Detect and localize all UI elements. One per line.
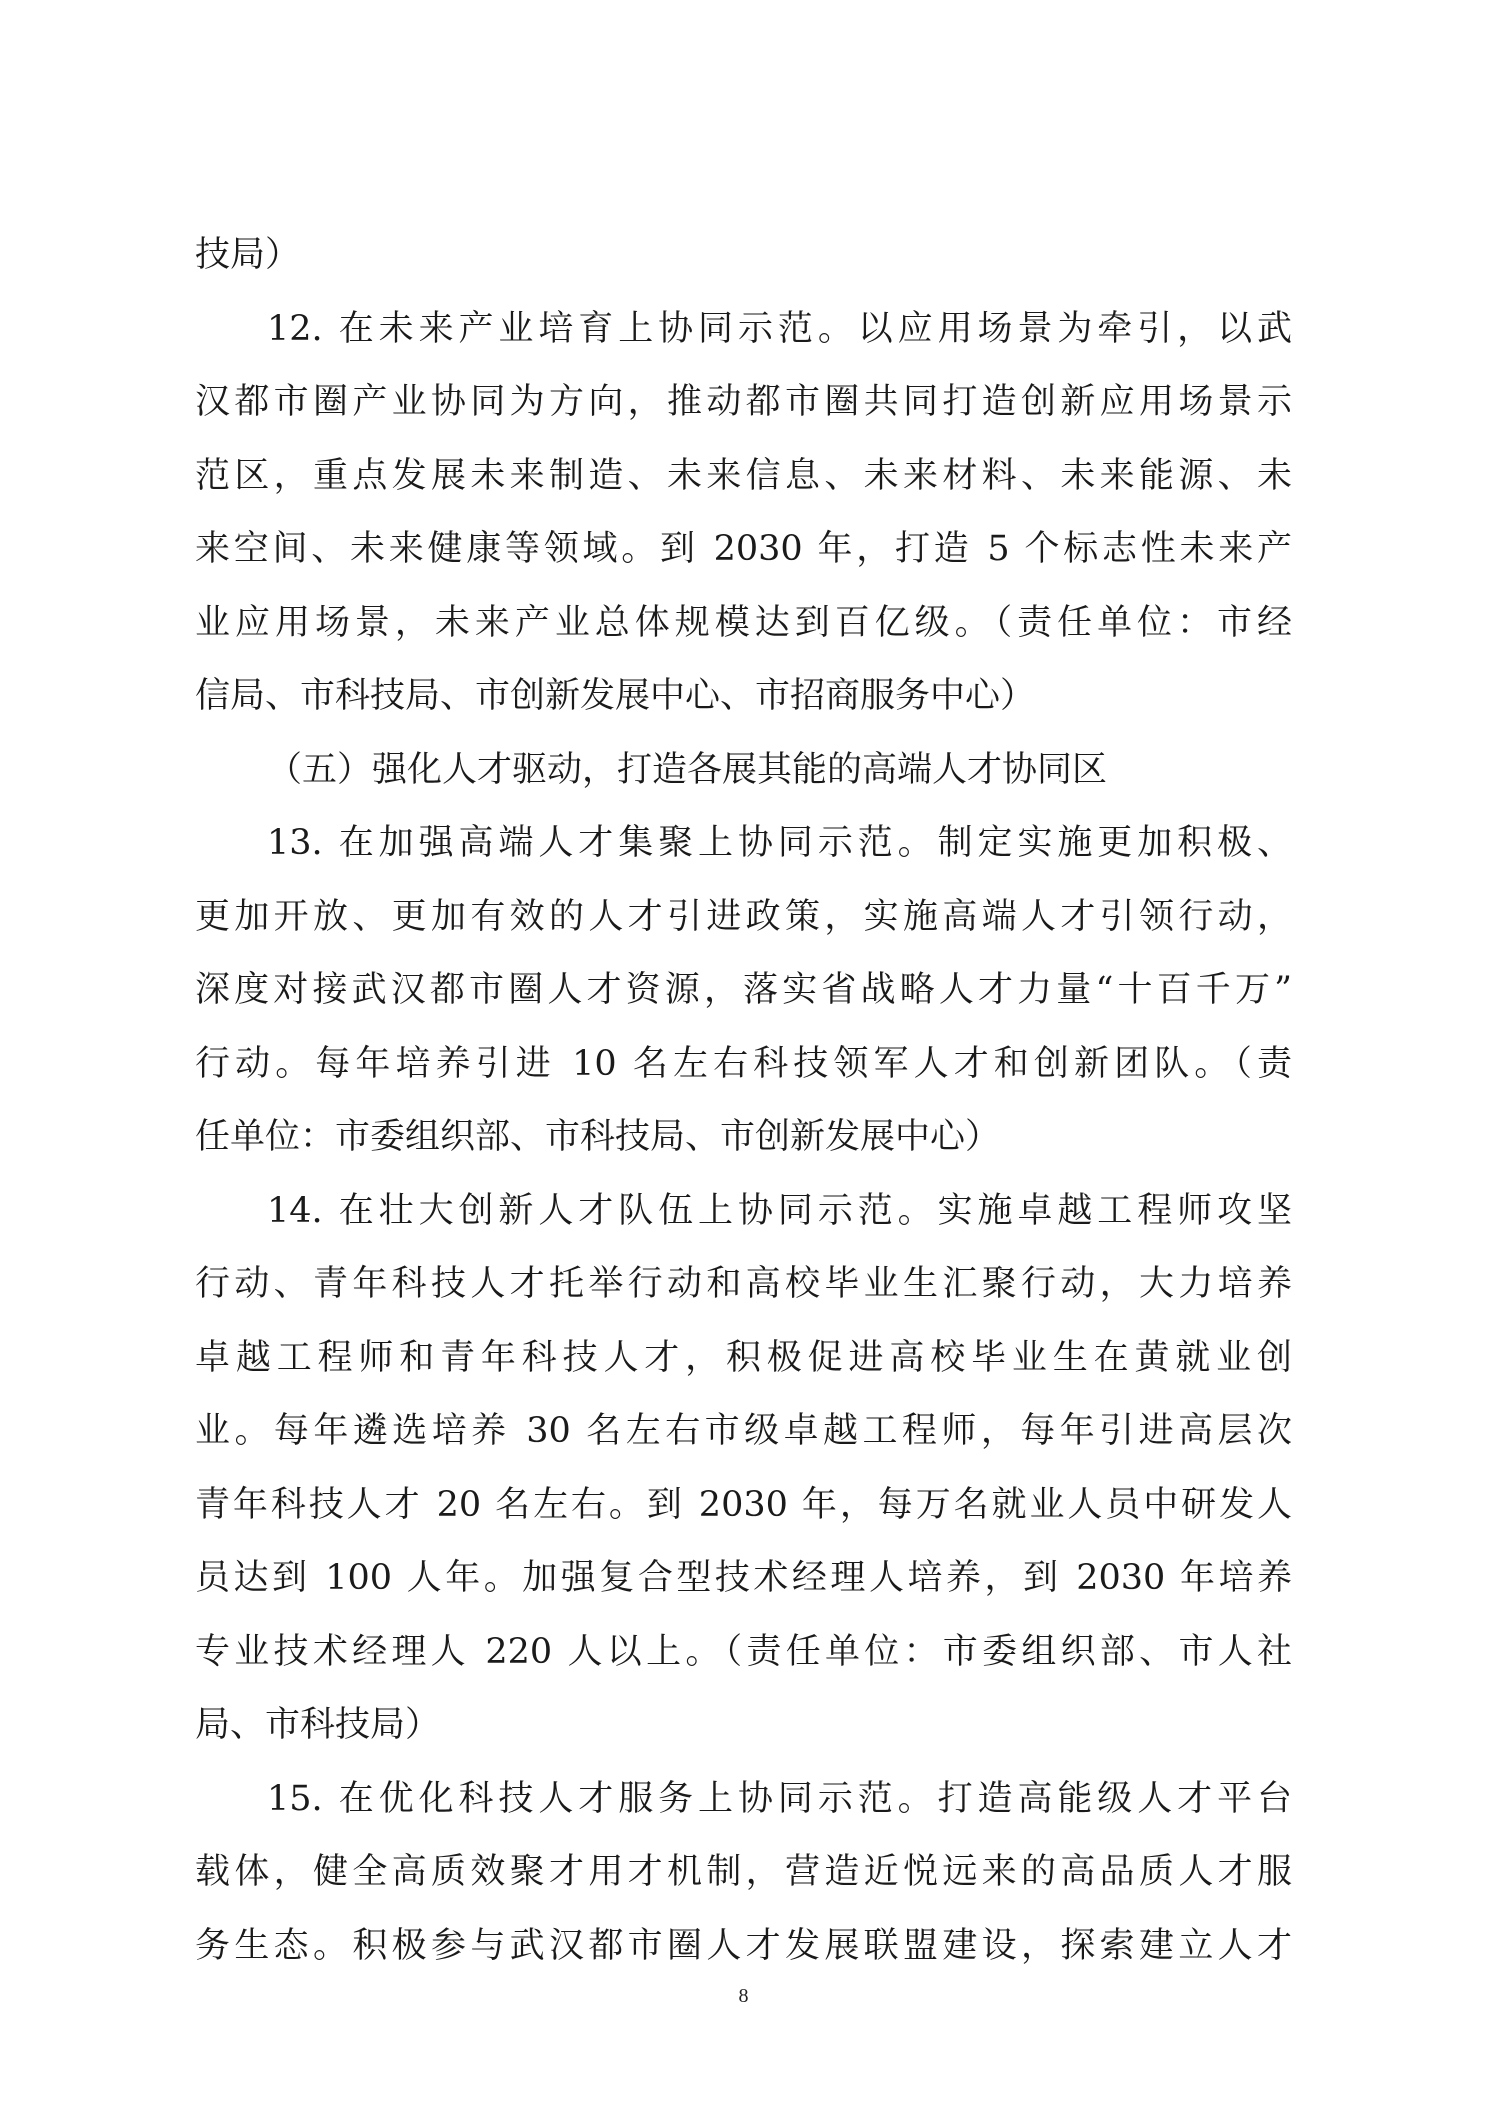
text-line: 深度对接武汉都市圈人才资源，落实省战略人才力量“十百千万” <box>195 963 1292 1037</box>
text-line: 局、市科技局） <box>195 1698 1292 1772</box>
text-line: 行动。每年培养引进 10 名左右科技领军人才和创新团队。（责 <box>195 1037 1292 1111</box>
text-line: 员达到 100 人年。加强复合型技术经理人培养，到 2030 年培养 <box>195 1551 1292 1625</box>
text-line: 范区，重点发展未来制造、未来信息、未来材料、未来能源、未 <box>195 449 1292 523</box>
section-heading-5: （五）强化人才驱动，打造各展其能的高端人才协同区 <box>195 743 1292 817</box>
text-line: 业应用场景，未来产业总体规模达到百亿级。（责任单位：市经 <box>195 596 1292 670</box>
text-line: 任单位：市委组织部、市科技局、市创新发展中心） <box>195 1110 1292 1184</box>
document-page: 技局） 12. 在未来产业培育上协同示范。以应用场景为牵引，以武 汉都市圈产业协… <box>0 0 1487 2102</box>
paragraph-12-start: 12. 在未来产业培育上协同示范。以应用场景为牵引，以武 <box>195 302 1292 376</box>
text-line: 汉都市圈产业协同为方向，推动都市圈共同打造创新应用场景示 <box>195 375 1292 449</box>
text-line: 技局） <box>195 228 1292 302</box>
text-line: 更加开放、更加有效的人才引进政策，实施高端人才引领行动， <box>195 890 1292 964</box>
text-line: 载体，健全高质效聚才用才机制，营造近悦远来的高品质人才服 <box>195 1845 1292 1919</box>
text-line: 业。每年遴选培养 30 名左右市级卓越工程师，每年引进高层次 <box>195 1404 1292 1478</box>
paragraph-14-start: 14. 在壮大创新人才队伍上协同示范。实施卓越工程师攻坚 <box>195 1184 1292 1258</box>
text-line: 信局、市科技局、市创新发展中心、市招商服务中心） <box>195 669 1292 743</box>
text-line: 来空间、未来健康等领域。到 2030 年，打造 5 个标志性未来产 <box>195 522 1292 596</box>
paragraph-15-start: 15. 在优化科技人才服务上协同示范。打造高能级人才平台 <box>195 1772 1292 1846</box>
text-line: 卓越工程师和青年科技人才，积极促进高校毕业生在黄就业创 <box>195 1331 1292 1405</box>
text-line: 专业技术经理人 220 人以上。（责任单位：市委组织部、市人社 <box>195 1625 1292 1699</box>
text-line: 行动、青年科技人才托举行动和高校毕业生汇聚行动，大力培养 <box>195 1257 1292 1331</box>
body-text: 技局） 12. 在未来产业培育上协同示范。以应用场景为牵引，以武 汉都市圈产业协… <box>195 228 1292 1992</box>
text-line: 务生态。积极参与武汉都市圈人才发展联盟建设，探索建立人才 <box>195 1919 1292 1993</box>
paragraph-13-start: 13. 在加强高端人才集聚上协同示范。制定实施更加积极、 <box>195 816 1292 890</box>
text-line: 青年科技人才 20 名左右。到 2030 年，每万名就业人员中研发人 <box>195 1478 1292 1552</box>
page-number: 8 <box>0 1985 1487 2008</box>
